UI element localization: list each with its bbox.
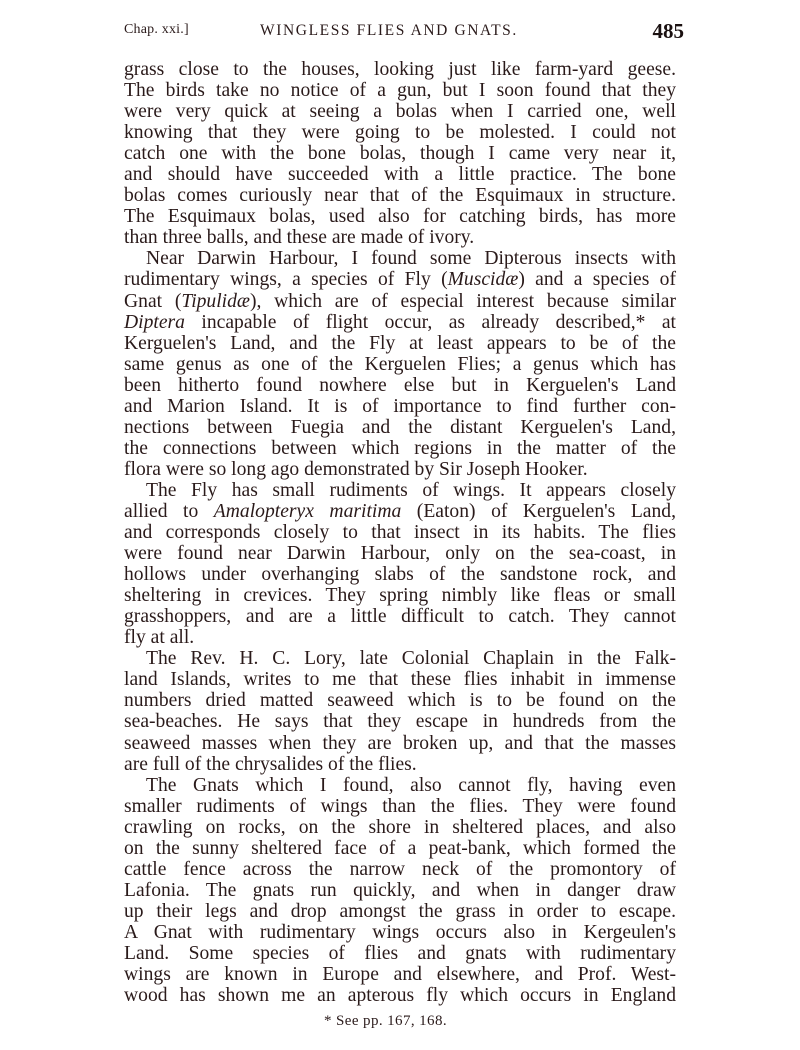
text-line: Land. Some species of flies and gnats wi… (124, 943, 676, 964)
paragraph-darwin-harbour: Near Darwin Harbour, I found some Dipter… (124, 248, 676, 480)
text-line: were found near Darwin Harbour, only on … (124, 543, 676, 564)
text-line: A Gnat with rudimentary wings occurs als… (124, 922, 676, 943)
text-line: land Islands, writes to me that these fl… (124, 669, 676, 690)
running-head: Chap. xxi.] WINGLESS FLIES AND GNATS. 48… (124, 20, 684, 44)
text-line: been hitherto found nowhere else but in … (124, 375, 676, 396)
text-line: wood has shown me an apterous fly which … (124, 985, 676, 1006)
text-line: catch one with the bone bolas, though I … (124, 143, 676, 164)
body-text: grass close to the houses, looking just … (124, 59, 676, 1006)
text-line: The Fly has small rudiments of wings. It… (124, 480, 676, 501)
text-line: numbers dried matted seaweed which is to… (124, 690, 676, 711)
taxon-muscidae: Muscidæ (448, 269, 519, 290)
text-line: The birds take no notice of a gun, but I… (124, 80, 676, 101)
paragraph-continuation: grass close to the houses, looking just … (124, 59, 676, 248)
text-line: cattle fence across the narrow neck of t… (124, 859, 676, 880)
text-line: nections between Fuegia and the distant … (124, 417, 676, 438)
text-line: Lafonia. The gnats run quickly, and when… (124, 880, 676, 901)
text-line: and corresponds closely to that insect i… (124, 522, 676, 543)
taxon-diptera: Diptera (124, 312, 185, 333)
chapter-label: Chap. xxi.] (124, 22, 189, 38)
text-line: The Esquimaux bolas, used also for catch… (124, 206, 676, 227)
text-line: rudimentary wings, a species of Fly (Mus… (124, 269, 676, 290)
text-line: were very quick at seeing a bolas when I… (124, 101, 676, 122)
taxon-tipulidae: Tipulidæ (181, 291, 250, 312)
text-line: knowing that they were going to be moles… (124, 122, 676, 143)
running-title: WINGLESS FLIES AND GNATS. (260, 22, 518, 40)
text-line: and should have succeeded with a little … (124, 164, 676, 185)
text-line: Kerguelen's Land, and the Fly at least a… (124, 333, 676, 354)
text-line: Diptera incapable of flight occur, as al… (124, 312, 676, 333)
text-line: hollows under overhanging slabs of the s… (124, 564, 676, 585)
text-line: Gnat (Tipulidæ), which are of especial i… (124, 291, 676, 312)
taxon-amalopteryx: Amalopteryx maritima (214, 501, 401, 522)
text-line: and Marion Island. It is of importance t… (124, 396, 676, 417)
text-line: sea-beaches. He says that they escape in… (124, 711, 676, 732)
page-number: 485 (653, 19, 685, 44)
paragraph-rev-lory: The Rev. H. C. Lory, late Colonial Chapl… (124, 648, 676, 774)
text-line: flora were so long ago demonstrated by S… (124, 459, 676, 480)
text-line: allied to Amalopteryx maritima (Eaton) o… (124, 501, 676, 522)
paragraph-fly-rudiments: The Fly has small rudiments of wings. It… (124, 480, 676, 648)
text-line: Near Darwin Harbour, I found some Dipter… (124, 248, 676, 269)
text-line: are full of the chrysalides of the flies… (124, 754, 676, 775)
text-line: crawling on rocks, on the shore in shelt… (124, 817, 676, 838)
paragraph-gnats: The Gnats which I found, also cannot fly… (124, 775, 676, 1007)
text-line: wings are known in Europe and elsewhere,… (124, 964, 676, 985)
text-line: same genus as one of the Kerguelen Flies… (124, 354, 676, 375)
text-line: The Rev. H. C. Lory, late Colonial Chapl… (124, 648, 676, 669)
text-line: than three balls, and these are made of … (124, 227, 676, 248)
text-line: seaweed masses when they are broken up, … (124, 733, 676, 754)
text-line: The Gnats which I found, also cannot fly… (124, 775, 676, 796)
text-line: up their legs and drop amongst the grass… (124, 901, 676, 922)
text-line: grass close to the houses, looking just … (124, 59, 676, 80)
text-line: grasshoppers, and are a little difficult… (124, 606, 676, 627)
text-line: the connections between which regions in… (124, 438, 676, 459)
text-line: bolas comes curiously near that of the E… (124, 185, 676, 206)
text-line: smaller rudiments of wings than the flie… (124, 796, 676, 817)
footnote: * See pp. 167, 168. (324, 1013, 447, 1030)
text-line: on the sunny sheltered face of a peat-ba… (124, 838, 676, 859)
text-line: fly at all. (124, 627, 676, 648)
text-line: sheltering in crevices. They spring nimb… (124, 585, 676, 606)
